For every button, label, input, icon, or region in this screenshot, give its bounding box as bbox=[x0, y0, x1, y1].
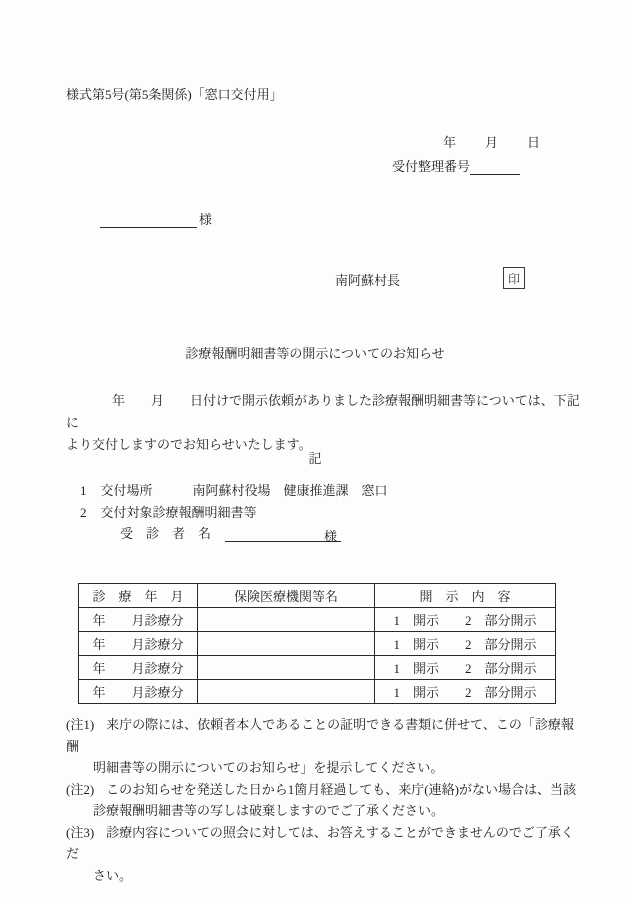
note-3: (注3)診療内容についての照会に対しては、お答えすることができませんのでご了承く… bbox=[66, 822, 580, 887]
item-number: 2 bbox=[80, 505, 87, 521]
document-page: { "meta": { "form_number": "様式第5号(第5条関係)… bbox=[0, 0, 630, 903]
cell-disclosure-options: 1 開示 2 部分開示 bbox=[375, 656, 556, 680]
date-blank-line: 年 月 日 bbox=[443, 132, 541, 151]
cell-disclosure-options: 1 開示 2 部分開示 bbox=[375, 608, 556, 632]
cell-institution-blank bbox=[198, 608, 375, 632]
cell-disclosure-options: 1 開示 2 部分開示 bbox=[375, 632, 556, 656]
note-text-continued: 明細書等の開示についてのお知らせ」を提示してください。 bbox=[66, 757, 580, 779]
item-delivery-place: 1交付場所南阿蘇村役場 健康推進課 窓口 bbox=[80, 480, 388, 499]
note-1: (注1)来庁の際には、依頼者本人であることの証明できる書類に併せて、この「診療報… bbox=[66, 714, 580, 779]
receipt-number-label: 受付整理番号 bbox=[392, 159, 470, 174]
table-row: 年 月診療分 1 開示 2 部分開示 bbox=[79, 680, 556, 704]
note-text: 来庁の際には、依頼者本人であることの証明できる書類に併せて、この「診療報酬 bbox=[66, 717, 574, 754]
document-title: 診療報酬明細書等の開示についてのお知らせ bbox=[0, 343, 630, 362]
note-text: このお知らせを発送した日から1箇月経過しても、来庁(連絡)がない場合は、当該 bbox=[106, 782, 576, 797]
form-number: 様式第5号(第5条関係)「窓口交付用」 bbox=[66, 84, 283, 103]
note-2: (注2)このお知らせを発送した日から1箇月経過しても、来庁(連絡)がない場合は、… bbox=[66, 779, 580, 822]
item-value: 南阿蘇村役場 健康推進課 窓口 bbox=[193, 483, 388, 498]
cell-institution-blank bbox=[198, 656, 375, 680]
addressee-name-blank bbox=[100, 212, 197, 228]
item-number: 1 bbox=[80, 483, 87, 499]
addressee-honorific: 様 bbox=[199, 212, 212, 227]
receipt-number-blank bbox=[470, 159, 520, 175]
item-label: 交付対象診療報酬明細書等 bbox=[101, 505, 257, 520]
cell-institution-blank bbox=[198, 632, 375, 656]
note-text-continued: さい。 bbox=[66, 865, 580, 887]
note-label: (注1) bbox=[66, 717, 94, 732]
item-target-statements: 2交付対象診療報酬明細書等 bbox=[80, 502, 257, 521]
table-header-row: 診 療 年 月 保険医療機関等名 開 示 内 容 bbox=[79, 584, 556, 608]
receipt-number-line: 受付整理番号 bbox=[392, 156, 520, 175]
footnotes: (注1)来庁の際には、依頼者本人であることの証明できる書類に併せて、この「診療報… bbox=[66, 714, 580, 886]
cell-treatment-month: 年 月診療分 bbox=[79, 632, 198, 656]
note-text: 診療内容についての照会に対しては、お答えすることができませんのでご了承くだ bbox=[66, 825, 574, 862]
table-row: 年 月診療分 1 開示 2 部分開示 bbox=[79, 632, 556, 656]
patient-name-line: 受 診 者 名様 bbox=[120, 523, 341, 542]
sender-name: 南阿蘇村長 bbox=[335, 270, 400, 289]
body-paragraph: 年 月 日付けで開示依頼がありました診療報酬明細書等については、下記に より交付… bbox=[66, 390, 586, 456]
note-label: (注3) bbox=[66, 825, 94, 840]
cell-treatment-month: 年 月診療分 bbox=[79, 656, 198, 680]
patient-name-label: 受 診 者 名 bbox=[120, 526, 211, 541]
cell-disclosure-options: 1 開示 2 部分開示 bbox=[375, 680, 556, 704]
item-label: 交付場所 bbox=[101, 483, 153, 498]
disclosure-table: 診 療 年 月 保険医療機関等名 開 示 内 容 年 月診療分 1 開示 2 部… bbox=[78, 583, 556, 704]
seal-mark: 印 bbox=[503, 267, 525, 289]
table-row: 年 月診療分 1 開示 2 部分開示 bbox=[79, 608, 556, 632]
cell-institution-blank bbox=[198, 680, 375, 704]
cell-treatment-month: 年 月診療分 bbox=[79, 608, 198, 632]
header-institution-name: 保険医療機関等名 bbox=[198, 584, 375, 608]
header-treatment-month: 診 療 年 月 bbox=[79, 584, 198, 608]
header-disclosure-content: 開 示 内 容 bbox=[375, 584, 556, 608]
patient-name-blank: 様 bbox=[225, 526, 341, 542]
seal-character: 印 bbox=[508, 270, 520, 287]
record-heading: 記 bbox=[0, 448, 630, 467]
note-text-continued: 診療報酬明細書等の写しは破棄しますのでご了承ください。 bbox=[66, 800, 580, 822]
body-line-1: 年 月 日付けで開示依頼がありました診療報酬明細書等については、下記に bbox=[66, 390, 586, 434]
patient-honorific: 様 bbox=[324, 529, 337, 544]
cell-treatment-month: 年 月診療分 bbox=[79, 680, 198, 704]
addressee-line: 様 bbox=[100, 209, 212, 228]
note-label: (注2) bbox=[66, 782, 94, 797]
table-row: 年 月診療分 1 開示 2 部分開示 bbox=[79, 656, 556, 680]
